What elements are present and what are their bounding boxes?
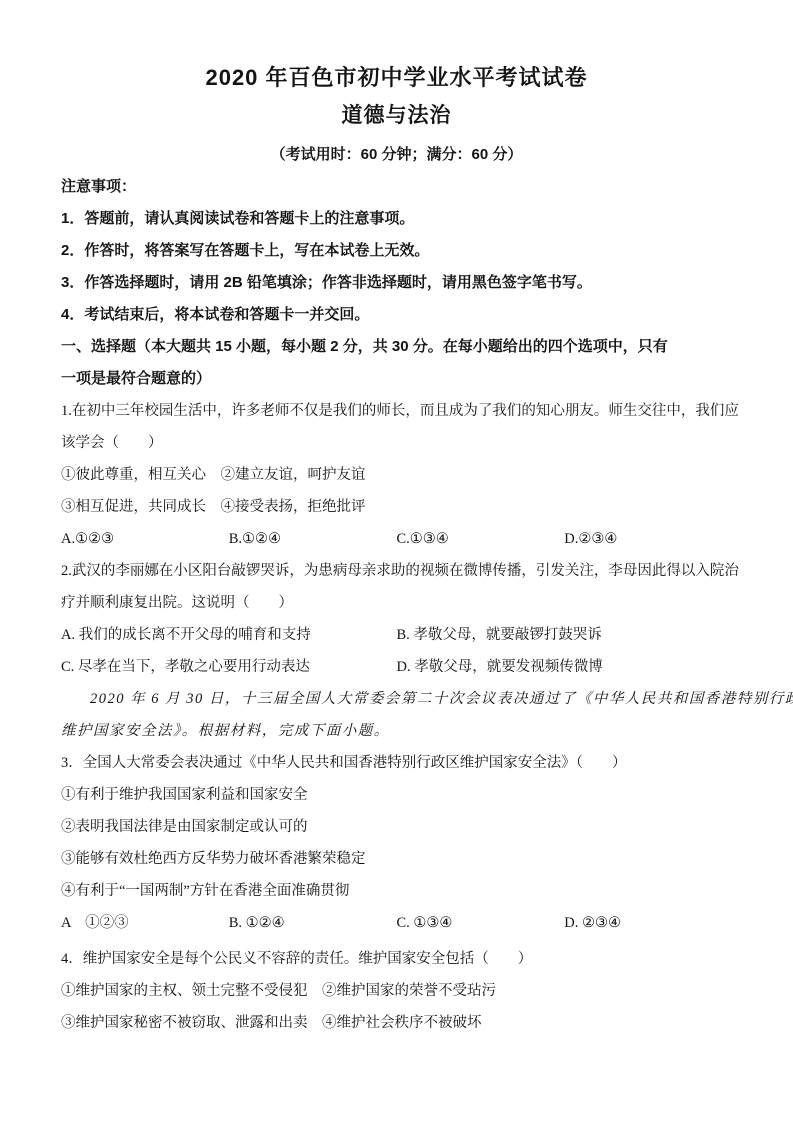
q4-option-line-2: ③维护国家秘密不被窃取、泄露和出卖 ④维护社会秩序不被破坏: [61, 1007, 732, 1039]
q1-choices-row: A.①②③ B.①②④ C.①③④ D.②③④: [61, 523, 732, 555]
q1-choice-c: C.①③④: [397, 523, 565, 555]
q3-choice-c: C. ①③④: [397, 907, 565, 939]
q1-choice-d: D.②③④: [564, 523, 732, 555]
q3-option-line-1: ①有利于维护我国国家利益和国家安全: [61, 779, 732, 811]
q3-choices-row: A ①②③ B. ①②④ C. ①③④ D. ②③④: [61, 907, 732, 939]
page-content: 2020 年百色市初中学业水平考试试卷 道德与法治 （考试用时：60 分钟；满分…: [0, 0, 793, 1039]
q3-stem: 3．全国人大常委会表决通过《中华人民共和国香港特别行政区维护国家安全法》（ ）: [61, 747, 732, 779]
question-1: 1.在初中三年校园生活中，许多老师不仅是我们的师长，而且成为了我们的知心朋友。师…: [61, 395, 732, 555]
q3-choice-d: D. ②③④: [564, 907, 732, 939]
q2-choice-d: D. 孝敬父母，就要发视频传微博: [397, 651, 733, 683]
q1-choice-a: A.①②③: [61, 523, 229, 555]
document-body: 注意事项： 1．答题前，请认真阅读试卷和答题卡上的注意事项。 2．作答时，将答案…: [61, 171, 732, 1039]
question-3: 3．全国人大常委会表决通过《中华人民共和国香港特别行政区维护国家安全法》（ ） …: [61, 747, 732, 939]
question-4: 4．维护国家安全是每个公民义不容辞的责任。维护国家安全包括（ ） ①维护国家的主…: [61, 943, 732, 1039]
material-line-2: 维护国家安全法》。根据材料，完成下面小题。: [61, 715, 732, 747]
q3-choice-b: B. ①②④: [229, 907, 397, 939]
q3-choice-a: A ①②③: [61, 907, 229, 939]
q2-choices-row-2: C. 尽孝在当下，孝敬之心要用行动表达 D. 孝敬父母，就要发视频传微博: [61, 651, 732, 683]
question-2: 2.武汉的李丽娜在小区阳台敲锣哭诉，为患病母亲求助的视频在微博传播，引发关注，李…: [61, 555, 732, 683]
q2-stem-line-2: 疗并顺利康复出院。这说明（ ）: [61, 587, 732, 619]
q1-option-line-1: ①彼此尊重，相互关心 ②建立友谊，呵护友谊: [61, 459, 732, 491]
section-heading-line-1: 一、选择题（本大题共 15 小题，每小题 2 分，共 30 分。在每小题给出的四…: [61, 331, 732, 363]
notice-item-4: 4．考试结束后，将本试卷和答题卡一并交回。: [61, 299, 732, 331]
exam-info: （考试用时：60 分钟；满分：60 分）: [61, 144, 732, 165]
material-line-1: 2020 年 6 月 30 日，十三届全国人大常委会第二十次会议表决通过了《中华…: [61, 683, 732, 715]
q3-option-line-4: ④有利于“一国两制”方针在香港全面准确贯彻: [61, 875, 732, 907]
section-heading-line-2: 一项是最符合题意的）: [61, 363, 732, 395]
q2-choice-a: A. 我们的成长离不开父母的哺育和支持: [61, 619, 397, 651]
notice-item-1: 1．答题前，请认真阅读试卷和答题卡上的注意事项。: [61, 203, 732, 235]
notice-item-2: 2．作答时，将答案写在答题卡上，写在本试卷上无效。: [61, 235, 732, 267]
q4-option-line-1: ①维护国家的主权、领土完整不受侵犯 ②维护国家的荣誉不受玷污: [61, 975, 732, 1007]
q2-choice-b: B. 孝敬父母，就要敲锣打鼓哭诉: [397, 619, 733, 651]
q1-option-line-2: ③相互促进，共同成长 ④接受表扬，拒绝批评: [61, 491, 732, 523]
q2-choice-c: C. 尽孝在当下，孝敬之心要用行动表达: [61, 651, 397, 683]
q3-option-line-2: ②表明我国法律是由国家制定或认可的: [61, 811, 732, 843]
exam-subject: 道德与法治: [61, 103, 732, 129]
exam-paper-page: 2020 年百色市初中学业水平考试试卷 道德与法治 （考试用时：60 分钟；满分…: [0, 0, 793, 1122]
q1-stem-line-2: 该学会（ ）: [61, 427, 732, 459]
q1-choice-b: B.①②④: [229, 523, 397, 555]
notice-heading: 注意事项：: [61, 171, 732, 203]
material-paragraph: 2020 年 6 月 30 日，十三届全国人大常委会第二十次会议表决通过了《中华…: [61, 683, 732, 747]
notice-item-3: 3．作答选择题时，请用 2B 铅笔填涂；作答非选择题时，请用黑色签字笔书写。: [61, 267, 732, 299]
q1-stem-line-1: 1.在初中三年校园生活中，许多老师不仅是我们的师长，而且成为了我们的知心朋友。师…: [61, 395, 732, 427]
q3-option-line-3: ③能够有效杜绝西方反华势力破坏香港繁荣稳定: [61, 843, 732, 875]
q2-choices-row-1: A. 我们的成长离不开父母的哺育和支持 B. 孝敬父母，就要敲锣打鼓哭诉: [61, 619, 732, 651]
q4-stem: 4．维护国家安全是每个公民义不容辞的责任。维护国家安全包括（ ）: [61, 943, 732, 975]
page-title: 2020 年百色市初中学业水平考试试卷: [61, 64, 732, 91]
q2-stem-line-1: 2.武汉的李丽娜在小区阳台敲锣哭诉，为患病母亲求助的视频在微博传播，引发关注，李…: [61, 555, 732, 587]
